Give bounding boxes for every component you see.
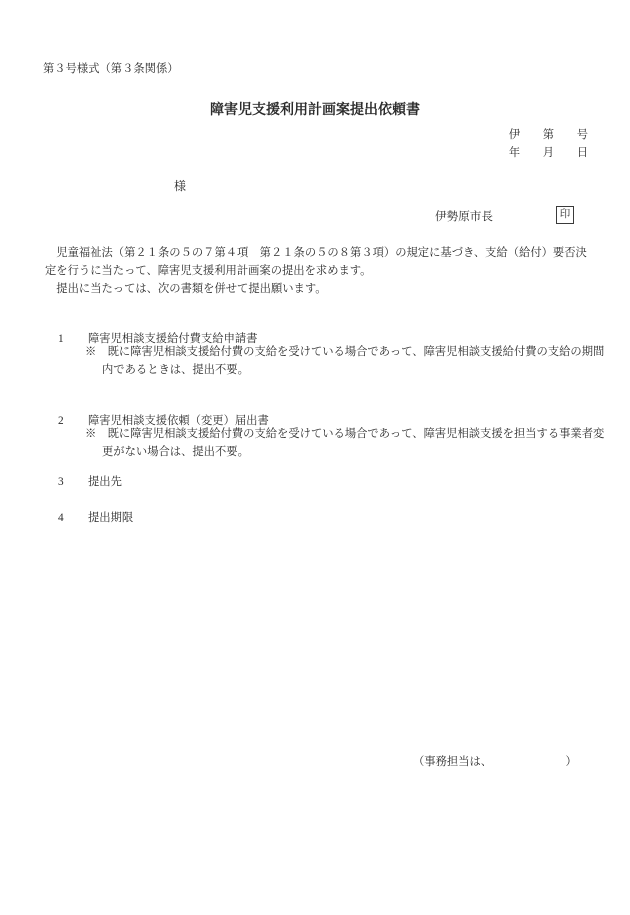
form-number-label: 第３号様式（第３条関係） (43, 60, 179, 78)
addressee-suffix: 様 (174, 177, 186, 195)
list-item-1-note: ※ 既に障害児相談支援給付費の支給を受けている場合であって、障害児相談支援給付費… (85, 344, 608, 379)
date-line: 年 月 日 (509, 145, 588, 163)
list-item-4-number: 4 (58, 509, 88, 527)
seal-label: 印 (560, 210, 571, 221)
sender-name: 伊勢原市長 (435, 208, 493, 226)
body-paragraphs: 児童福祉法（第２１条の５の７第４項 第２１条の５の８第３項）の規定に基づき、支給… (45, 244, 591, 298)
list-item-3-label: 提出先 (88, 476, 122, 488)
list-item-2-note: ※ 既に障害児相談支援給付費の支給を受けている場合であって、障害児相談支援を担当… (85, 426, 608, 461)
paragraph-legal-basis: 児童福祉法（第２１条の５の７第４項 第２１条の５の８第３項）の規定に基づき、支給… (45, 244, 591, 280)
document-title: 障害児支援利用計画案提出依頼書 (0, 101, 630, 121)
list-item-2-number: 2 (58, 412, 88, 430)
document-page: 第３号様式（第３条関係） 障害児支援利用計画案提出依頼書 伊 第 号 年 月 日… (0, 0, 630, 915)
list-item-3-number: 3 (58, 473, 88, 491)
clerical-contact-note: （事務担当は、 ） (413, 753, 577, 771)
reference-block: 伊 第 号 年 月 日 (509, 127, 588, 162)
seal-mark: 印 (556, 206, 574, 224)
list-item-1-number: 1 (58, 330, 88, 348)
ref-number-line: 伊 第 号 (509, 127, 588, 145)
paragraph-submission-request: 提出に当たっては、次の書類を併せて提出願います。 (45, 280, 591, 298)
list-item-4: 4提出期限 (58, 509, 133, 527)
list-item-4-label: 提出期限 (88, 512, 133, 524)
list-item-3: 3提出先 (58, 473, 122, 491)
